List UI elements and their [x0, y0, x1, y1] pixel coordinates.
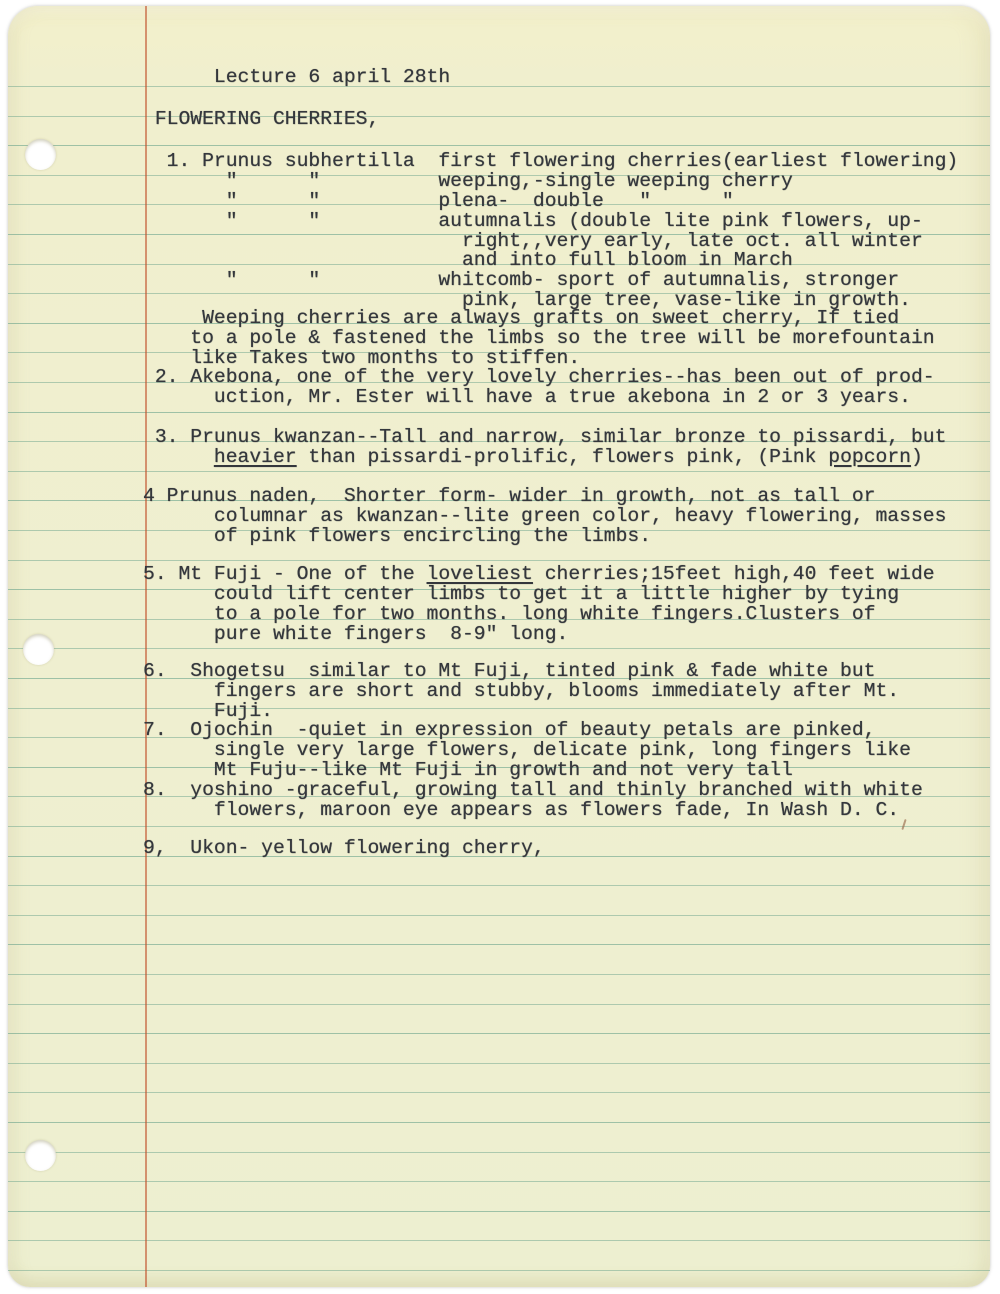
text-line: pure white fingers 8-9" long.	[143, 625, 935, 645]
text-block-item-1-prunus-subhertilla: 1. Prunus subhertilla first flowering ch…	[143, 152, 958, 311]
text-block-item-8-yoshino: 8. yoshino -graceful, growing tall and t…	[143, 781, 923, 821]
text-block-item-7-ojochin: 7. Ojochin -quiet in expression of beaut…	[143, 721, 911, 781]
text-line: 9, Ukon- yellow flowering cherry,	[143, 839, 545, 859]
text-block-item-5-mt-fuji: 5. Mt Fuji - One of the loveliest cherri…	[143, 565, 935, 645]
text-line: heavier than pissardi-prolific, flowers …	[143, 448, 946, 468]
text-block-item-6-shogetsu: 6. Shogetsu similar to Mt Fuji, tinted p…	[143, 662, 899, 722]
text-block-item-4-prunus-naden: 4 Prunus naden, Shorter form- wider in g…	[143, 487, 946, 547]
text-block-heading: FLOWERING CHERRIES,	[143, 110, 379, 130]
text-block-note-weeping-cherries: Weeping cherries are always grafts on sw…	[143, 309, 935, 369]
text-line: flowers, maroon eye appears as flowers f…	[143, 801, 923, 821]
text-block-item-2-akebona: 2. Akebona, one of the very lovely cherr…	[143, 368, 935, 408]
typewritten-text: Lecture 6 april 28th FLOWERING CHERRIES,…	[8, 6, 990, 1287]
text-line: of pink flowers encircling the limbs.	[143, 527, 946, 547]
text-line: Lecture 6 april 28th	[143, 68, 450, 88]
text-line: FLOWERING CHERRIES,	[143, 110, 379, 130]
notebook-page: Lecture 6 april 28th FLOWERING CHERRIES,…	[8, 6, 990, 1287]
scanned-document: { "document": { "kind": "typewritten-lec…	[0, 0, 1000, 1294]
text-block-title: Lecture 6 april 28th	[143, 68, 450, 88]
text-block-item-3-prunus-kwanzan: 3. Prunus kwanzan--Tall and narrow, simi…	[143, 428, 946, 468]
text-line: uction, Mr. Ester will have a true akebo…	[143, 388, 935, 408]
text-line: Mt Fuju--like Mt Fuji in growth and not …	[143, 761, 911, 781]
text-block-item-9-ukon: 9, Ukon- yellow flowering cherry,	[143, 839, 545, 859]
